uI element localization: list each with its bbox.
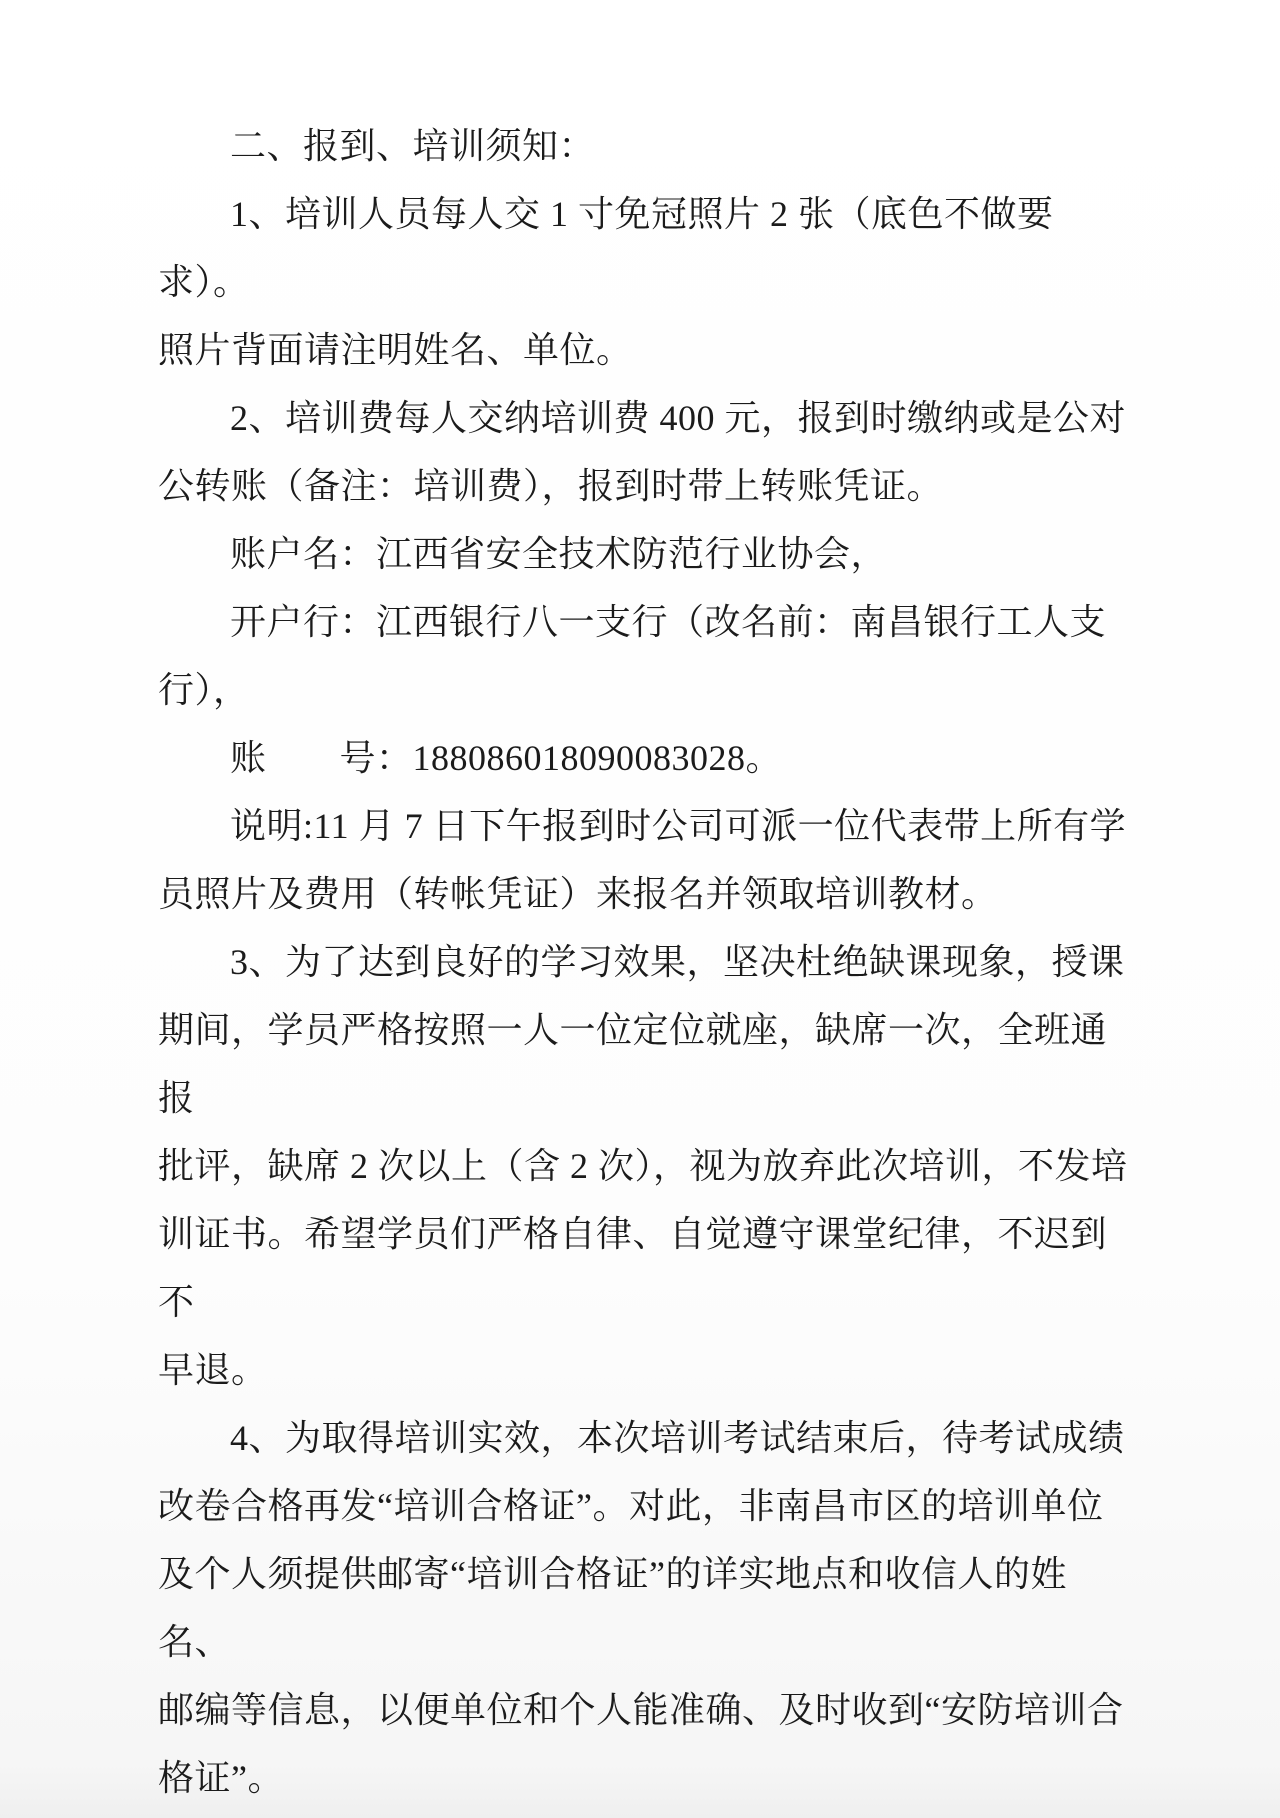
text-line: 批评，缺席 2 次以上（含 2 次），视为放弃此次培训，不发培 (158, 1132, 1132, 1200)
text-line: 4、为取得培训实效，本次培训考试结束后，待考试成绩 (158, 1404, 1132, 1472)
text-line: 照片背面请注明姓名、单位。 (158, 316, 1132, 384)
text-line: 早退。 (158, 1336, 1132, 1404)
document-page: 二、报到、培训须知：1、培训人员每人交 1 寸免冠照片 2 张（底色不做要求）。… (0, 0, 1280, 1818)
text-line: 期间，学员严格按照一人一位定位就座，缺席一次，全班通报 (158, 996, 1132, 1132)
text-line: 格证”。 (158, 1744, 1132, 1812)
scanned-document: { "page": { "background_color": "#fefefe… (0, 0, 1280, 1818)
text-line: 及个人须提供邮寄“培训合格证”的详实地点和收信人的姓名、 (158, 1540, 1132, 1676)
text-line: 二、报到、培训须知： (158, 112, 1132, 180)
document-body: 二、报到、培训须知：1、培训人员每人交 1 寸免冠照片 2 张（底色不做要求）。… (158, 112, 1132, 1812)
text-line: 改卷合格再发“培训合格证”。对此，非南昌市区的培训单位 (158, 1472, 1132, 1540)
text-line: 公转账（备注：培训费），报到时带上转账凭证。 (158, 452, 1132, 520)
text-line: 员照片及费用（转帐凭证）来报名并领取培训教材。 (158, 860, 1132, 928)
text-line: 2、培训费每人交纳培训费 400 元，报到时缴纳或是公对 (158, 384, 1132, 452)
text-line: 账 号：188086018090083028。 (158, 724, 1132, 792)
text-line: 账户名：江西省安全技术防范行业协会， (158, 520, 1132, 588)
text-line: 邮编等信息，以便单位和个人能准确、及时收到“安防培训合 (158, 1676, 1132, 1744)
text-line: 开户行：江西银行八一支行（改名前：南昌银行工人支行）， (158, 588, 1132, 724)
text-line: 训证书。希望学员们严格自律、自觉遵守课堂纪律，不迟到不 (158, 1200, 1132, 1336)
text-line: 3、为了达到良好的学习效果，坚决杜绝缺课现象，授课 (158, 928, 1132, 996)
text-line: 1、培训人员每人交 1 寸免冠照片 2 张（底色不做要求）。 (158, 180, 1132, 316)
text-line: 说明:11 月 7 日下午报到时公司可派一位代表带上所有学 (158, 792, 1132, 860)
